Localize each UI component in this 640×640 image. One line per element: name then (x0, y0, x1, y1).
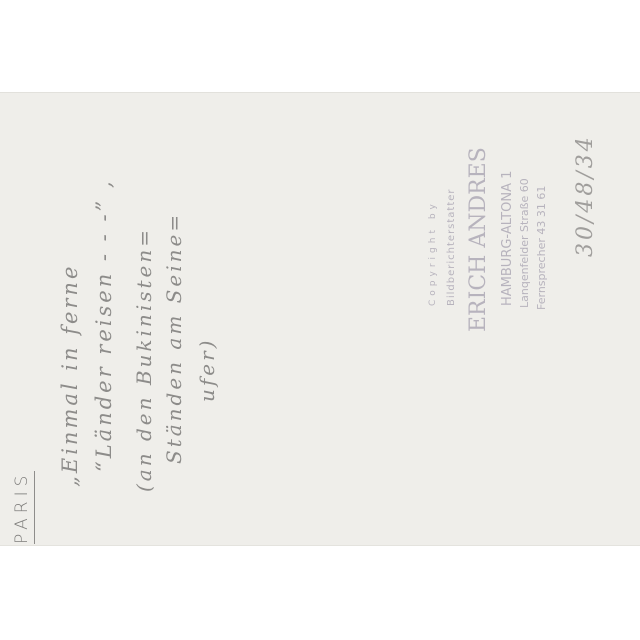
handwritten-line-5: ufer) (195, 338, 219, 402)
handwritten-line-4: Ständen am Seine= (162, 212, 186, 464)
stamp-name: ERICH ANDRES (466, 147, 491, 332)
location-heading: PARIS (12, 471, 35, 544)
handwritten-line-3: (an den Bukinisten= (132, 227, 156, 492)
stamp-street: Lanqenfelder Straße 60 (518, 178, 531, 308)
stamp-city: HAMBURG-ALTONA 1 (500, 171, 515, 306)
stamp-phone: Fernsprecher 43 31 61 (535, 186, 548, 310)
stamp-copyright: Copyright by (428, 200, 438, 306)
handwritten-line-2: “Länder reisen - - -” , (92, 178, 116, 472)
stamp-title: Bildberichterstatter (446, 188, 457, 306)
handwritten-line-1: „Einmal in ferne (58, 264, 82, 487)
archive-number: 30/48/34 (573, 134, 598, 257)
photo-back-paper: PARIS „Einmal in ferne “Länder reisen - … (0, 92, 640, 546)
